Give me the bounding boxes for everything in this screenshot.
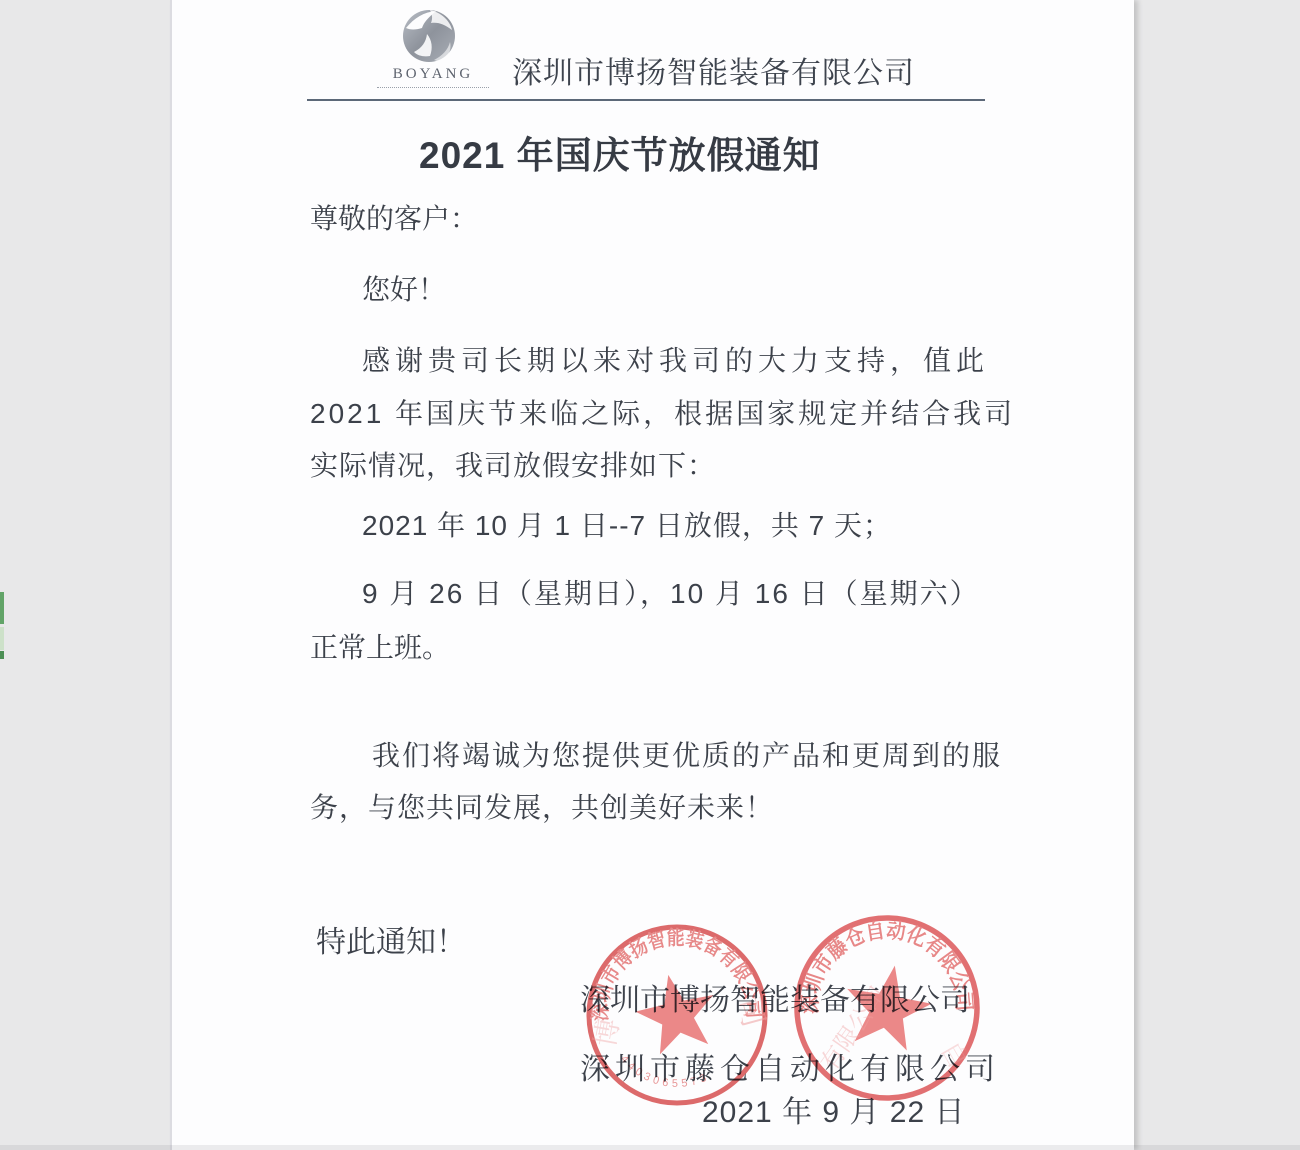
- salutation-line: 尊敬的客户：: [310, 203, 478, 235]
- svg-text:4403065573: 4403065573: [618, 1053, 712, 1090]
- left-edge-green-icon-fragment: [0, 651, 4, 659]
- greeting-line: 您好！: [362, 274, 446, 306]
- paragraph1-line2: 2021 年国庆节来临之际，根据国家规定并结合我司: [310, 398, 1015, 430]
- holiday-dates-line: 2021 年 10 月 1 日--7 日放假，共 7 天；: [362, 510, 892, 542]
- seal-ghost-character: 博: [589, 1016, 624, 1049]
- workdays-line: 9 月 26 日（星期日），10 月 16 日（星期六）: [362, 578, 980, 610]
- left-edge-green-icon-fragment: [0, 627, 4, 650]
- closing-line2: 务，与您共同发展，共创美好未来！: [310, 792, 774, 824]
- document-page: BOYANG 深圳市博扬智能装备有限公司 2021 年国庆节放假通知 尊敬的客户…: [170, 0, 1134, 1150]
- page-bottom-shadow: [0, 1145, 1300, 1150]
- seal-boyang-serial: 4403065573: [618, 1053, 712, 1090]
- seal-boyang-star-icon: [629, 967, 723, 1058]
- closing-line1: 我们将竭诚为您提供更优质的产品和更周到的服: [372, 740, 1002, 772]
- company-seals: 深圳市博扬智能装备有限公司 4403065573 司 博 深圳市藤仓自动化有限公…: [577, 900, 997, 1135]
- notice-line: 特此通知！: [316, 926, 466, 961]
- letterhead-company-name: 深圳市博扬智能装备有限公司: [512, 48, 915, 92]
- paragraph1-line3: 实际情况，我司放假安排如下：: [310, 450, 716, 482]
- logo-wordmark: BOYANG: [377, 66, 489, 88]
- letterhead-divider: [307, 99, 985, 101]
- seal-boyang: 深圳市博扬智能装备有限公司 4403065573 司 博: [589, 925, 770, 1103]
- seal-fujikura: 深圳市藤仓自动化有限公司 有限公司 自: [797, 918, 977, 1098]
- paragraph1-line1: 感谢贵司长期以来对我司的大力支持，值此: [362, 345, 989, 377]
- document-title: 2021 年国庆节放假通知: [419, 125, 821, 179]
- boyang-logo-icon: [400, 8, 458, 64]
- workdays-line2: 正常上班。: [310, 632, 450, 664]
- left-edge-green-icon-fragment: [0, 592, 4, 624]
